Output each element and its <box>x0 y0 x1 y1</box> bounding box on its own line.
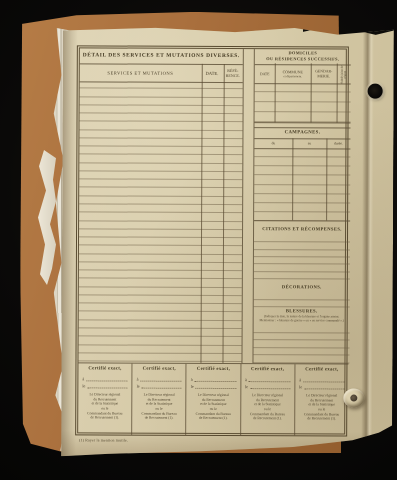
certificat-header: Certifié exact, <box>298 367 345 372</box>
certificat-signature-block: Le Directeur régional du Recrutement et … <box>135 393 182 421</box>
dotted-blank <box>140 381 181 382</box>
col-services-label: SERVICES ET MUTATIONS <box>80 64 201 82</box>
col-date-label: DATE. <box>201 65 223 82</box>
certificat-box: Certifié exact, à le Le Directeur région… <box>240 364 295 435</box>
signature-role-line: de Recrutement (1). <box>190 416 237 421</box>
col-duree-label: durée. <box>326 139 350 148</box>
certificat-place-line: à <box>137 375 182 382</box>
col-du-label: du <box>254 139 292 148</box>
certificat-signature-block: Le Directeur régional du Recrutement et … <box>244 393 291 421</box>
certificat-header: Certifié exact, <box>81 366 128 371</box>
blessures-caption: (Indiquer la date, la nature de la bless… <box>254 314 350 323</box>
services-ruled-rows <box>78 80 242 362</box>
domiciles-section: DOMICILES OU RÉSIDENCES SUCCESSIFS. DATE… <box>255 49 351 123</box>
services-table: DÉTAIL DES SERVICES ET MUTATIONS DIVERSE… <box>78 48 243 363</box>
certificat-date-line: le <box>82 381 127 388</box>
decorations-ruled-rows <box>254 292 350 307</box>
certificat-header: Certifié exact, <box>190 367 237 372</box>
decorations-title: DÉCORATIONS. <box>254 281 350 291</box>
ruled-line <box>254 212 350 222</box>
certificat-signature-block: Le Directeur régional du Recrutement et … <box>81 392 128 420</box>
certificat-place-line: à <box>299 375 344 382</box>
col-au-label: au <box>292 139 326 148</box>
record-page: DÉTAIL DES SERVICES ET MUTATIONS DIVERSE… <box>61 25 394 457</box>
ruled-line <box>254 166 350 176</box>
ruled-line <box>254 272 350 280</box>
col-commune-label: COMMUNE et département. <box>275 65 311 83</box>
certificat-place-line: à <box>82 374 127 381</box>
ruled-line <box>254 148 350 158</box>
certificat-date-line: le <box>137 382 182 389</box>
dotted-blank <box>87 387 127 388</box>
certificat-signature-block: Le Directeur régional du Recrutement et … <box>190 393 237 421</box>
grommet-hole <box>350 395 357 402</box>
col-gendarmerie-label: GENDAR- MERIE. <box>311 65 337 83</box>
ruled-line <box>254 175 350 185</box>
certificat-box: Certifié exact, à le Le Directeur région… <box>78 363 132 434</box>
signature-role-line: de Recrutement (1). <box>81 416 128 421</box>
certificat-place-line: à <box>191 375 236 382</box>
blessures-section: BLESSURES. (Indiquer la date, la nature … <box>253 307 349 363</box>
ruled-line <box>254 157 350 167</box>
campagnes-section: CAMPAGNES. du au durée. <box>254 127 350 221</box>
dotted-blank <box>86 380 127 381</box>
decorations-section: DÉCORATIONS. <box>254 281 350 307</box>
certificat-box: Certifié exact, à le Le Directeur région… <box>294 364 349 435</box>
certificat-date-line: le <box>245 382 290 389</box>
dotted-blank <box>304 388 344 389</box>
binder-grommet <box>343 389 364 408</box>
form-border: DÉTAIL DES SERVICES ET MUTATIONS DIVERSE… <box>75 45 349 436</box>
right-column: DOMICILES OU RÉSIDENCES SUCCESSIFS. DATE… <box>252 49 349 363</box>
dotted-blank <box>195 381 236 382</box>
certificat-date-line: le <box>299 382 344 389</box>
signature-role-line: de Recrutement (1). <box>298 417 345 422</box>
dotted-blank <box>142 388 182 389</box>
citations-title: CITATIONS ET RÉCOMPENSES. <box>254 223 350 235</box>
certificat-place-line: à <box>245 375 290 382</box>
ruled-line <box>254 203 350 213</box>
citations-section: CITATIONS ET RÉCOMPENSES. <box>254 223 350 279</box>
certificat-signature-block: Le Directeur régional du Recrutement et … <box>298 393 345 421</box>
col-subdivision-label: Subdivision de région <box>337 65 351 83</box>
footnote: (1) Rayer la mention inutile. <box>79 438 128 442</box>
signature-role-line: de Recrutement (1). <box>135 416 182 421</box>
certificats-row: Certifié exact, à le Le Directeur région… <box>78 362 348 435</box>
certificat-header: Certifié exact, <box>244 367 291 372</box>
signature-role-line: de Recrutement (1). <box>244 416 291 421</box>
certificat-box: Certifié exact, à le Le Directeur région… <box>186 364 241 435</box>
dotted-blank <box>303 381 344 382</box>
ruled-line <box>254 185 350 195</box>
citations-ruled-rows <box>254 235 350 279</box>
col-date-label: DATE <box>255 65 275 83</box>
dotted-blank <box>250 388 290 389</box>
campagnes-ruled-rows <box>254 148 350 221</box>
dotted-blank <box>196 388 236 389</box>
services-title: DÉTAIL DES SERVICES ET MUTATIONS DIVERSE… <box>80 48 243 65</box>
certificat-header: Certifié exact, <box>136 367 183 372</box>
certificat-date-line: le <box>191 382 236 389</box>
ruled-line <box>78 353 241 362</box>
archive-photo-background: { "colors": { "paper": "#d5c9a7", "ink":… <box>0 0 397 480</box>
col-reference-label: RÉFÉ- RENCE. <box>223 65 243 82</box>
ruled-line <box>254 194 350 204</box>
blessures-ruled-rows <box>253 325 349 363</box>
dotted-blank <box>249 381 290 382</box>
punch-hole <box>368 84 383 99</box>
campagnes-title: CAMPAGNES. <box>254 128 350 139</box>
certificat-box: Certifié exact, à le Le Directeur région… <box>131 364 186 435</box>
